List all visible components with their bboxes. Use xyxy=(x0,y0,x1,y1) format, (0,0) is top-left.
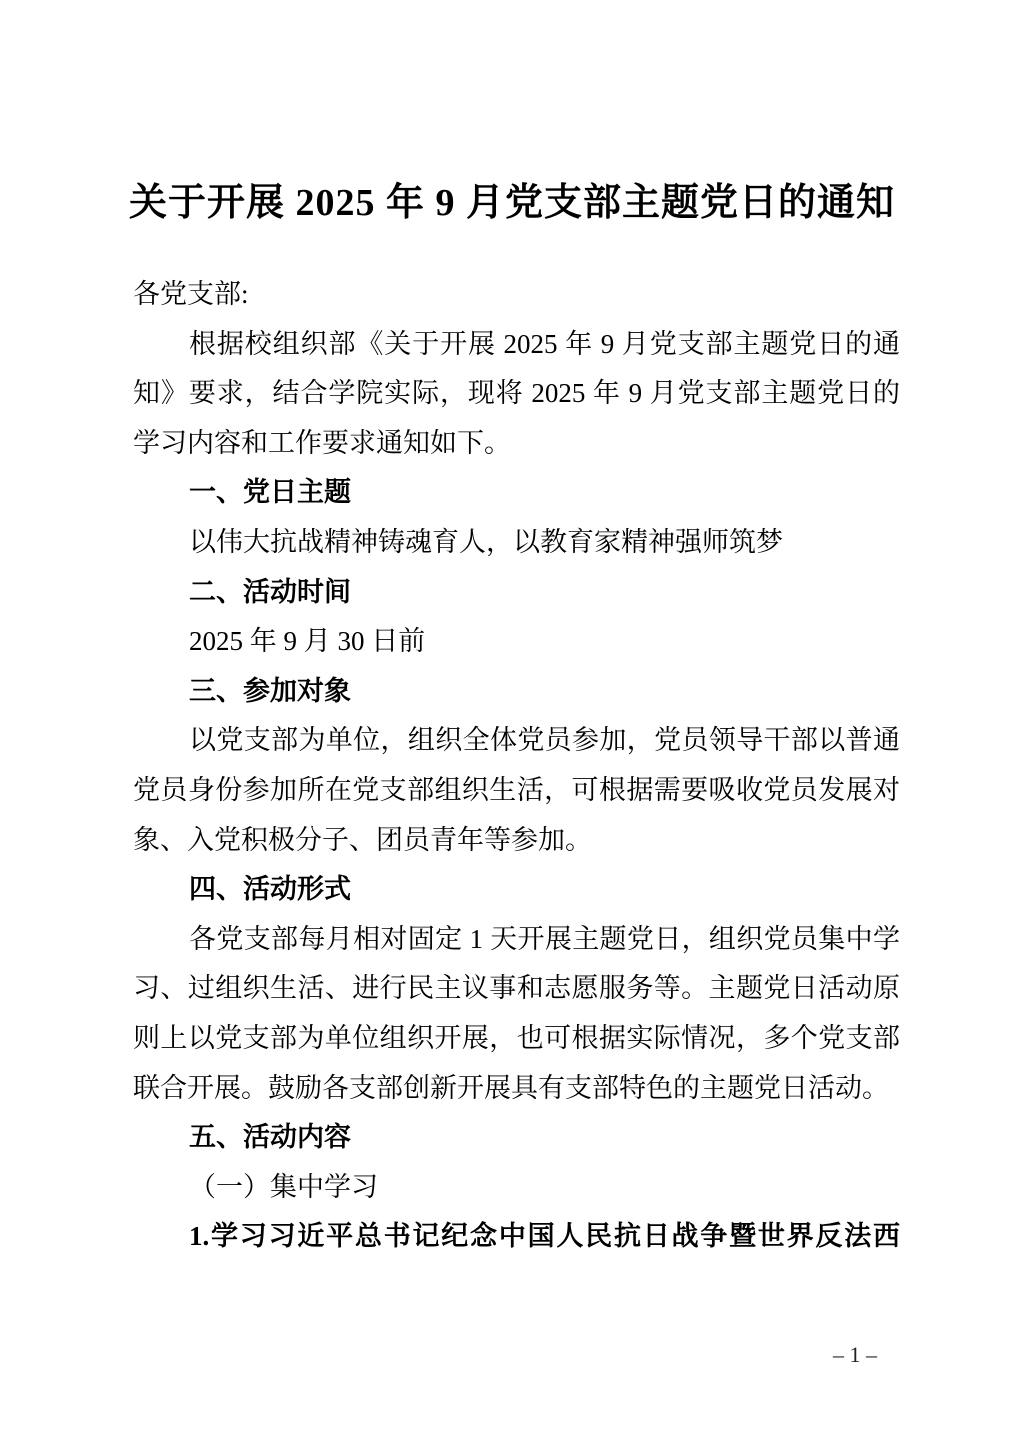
format-paragraph-line-3: 则上以党支部为单位组织开展，也可根据实际情况，多个党支部 xyxy=(133,1014,900,1064)
salutation: 各党支部: xyxy=(133,270,900,320)
participants-paragraph-line-3: 象、入党积极分子、团员青年等参加。 xyxy=(133,816,900,866)
section-heading-5-content: 五、活动内容 xyxy=(133,1113,900,1163)
study-item-1-line: 1.学习习近平总书记纪念中国人民抗日战争暨世界反法西 xyxy=(133,1212,900,1262)
participants-paragraph-line-1: 以党支部为单位，组织全体党员参加，党员领导干部以普通 xyxy=(133,716,900,766)
document-title: 关于开展 2025 年 9 月党支部主题党日的通知 xyxy=(0,178,1024,228)
format-paragraph-line-4: 联合开展。鼓励各支部创新开展具有支部特色的主题党日活动。 xyxy=(133,1064,900,1114)
document-body: 各党支部: 根据校组织部《关于开展 2025 年 9 月党支部主题党日的通 知》… xyxy=(133,270,900,1262)
document-page: 关于开展 2025 年 9 月党支部主题党日的通知 各党支部: 根据校组织部《关… xyxy=(0,0,1024,1448)
section-heading-4-format: 四、活动形式 xyxy=(133,865,900,915)
page-number: – 1 – xyxy=(790,1340,920,1370)
participants-paragraph-line-2: 党员身份参加所在党支部组织生活，可根据需要吸收党员发展对 xyxy=(133,766,900,816)
intro-paragraph-line-1: 根据校组织部《关于开展 2025 年 9 月党支部主题党日的通 xyxy=(133,320,900,370)
intro-paragraph-line-3: 学习内容和工作要求通知如下。 xyxy=(133,419,900,469)
section-heading-3-participants: 三、参加对象 xyxy=(133,667,900,717)
format-paragraph-line-2: 习、过组织生活、进行民主议事和志愿服务等。主题党日活动原 xyxy=(133,964,900,1014)
format-paragraph-line-1: 各党支部每月相对固定 1 天开展主题党日，组织党员集中学 xyxy=(133,915,900,965)
time-text: 2025 年 9 月 30 日前 xyxy=(133,617,900,667)
topic-text: 以伟大抗战精神铸魂育人，以教育家精神强师筑梦 xyxy=(133,518,900,568)
section-heading-2-time: 二、活动时间 xyxy=(133,568,900,618)
intro-paragraph-line-2: 知》要求，结合学院实际，现将 2025 年 9 月党支部主题党日的 xyxy=(133,369,900,419)
section-heading-1-topic: 一、党日主题 xyxy=(133,468,900,518)
subheading-centralized-study: （一）集中学习 xyxy=(133,1163,900,1213)
